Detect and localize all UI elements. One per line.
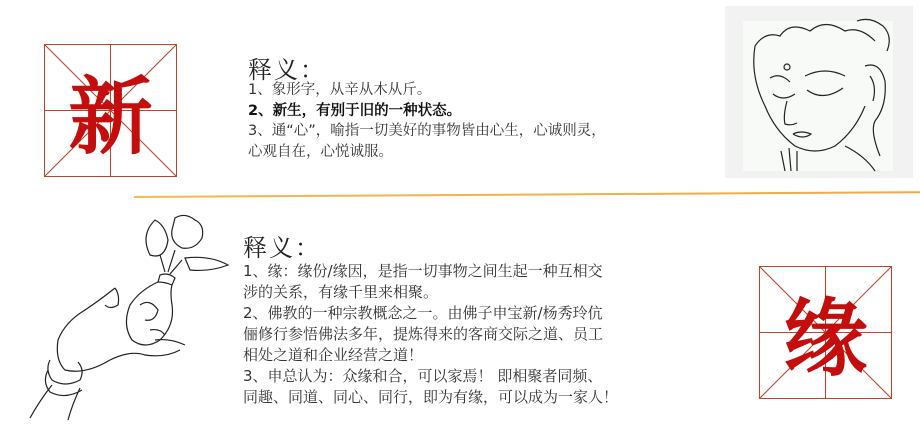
character-grid-yuan: 缘 bbox=[759, 266, 892, 399]
hand-lotus-icon bbox=[10, 210, 230, 420]
paragraph-new-meaning: 1、象形字，从辛从木从斤。 2、新生，有别于旧的一种状态。 3、通“心”，喻指一… bbox=[248, 80, 606, 162]
text-line: 3、申总认为：众缘和合，可以家焉！ 即相聚者同频、 bbox=[243, 366, 618, 387]
paragraph-yuan-meaning: 1、缘：缘份/缘因，是指一切事物之间生起一种互相交 涉的关系，有缘千里来相聚。 … bbox=[243, 261, 618, 408]
text-line: 1、缘：缘份/缘因，是指一切事物之间生起一种互相交 bbox=[243, 261, 618, 282]
heading-yuan-meaning: 释义： bbox=[243, 228, 321, 263]
text-line: 3、通“心”，喻指一切美好的事物皆由心生，心诚则灵， bbox=[248, 121, 606, 142]
character-new: 新 bbox=[45, 45, 176, 176]
buddha-face-icon bbox=[725, 6, 913, 178]
text-line: 俪修行参悟佛法多年，提炼得来的客商交际之道、员工 bbox=[243, 324, 618, 345]
hand-lotus-illustration bbox=[10, 210, 230, 420]
text-line: 同趣、同道、同心、同行，即为有缘，可以成为一家人！ bbox=[243, 387, 618, 408]
text-line: 1、象形字，从辛从木从斤。 bbox=[248, 80, 606, 101]
character-yuan: 缘 bbox=[760, 267, 891, 398]
character-grid-new: 新 bbox=[44, 44, 177, 177]
text-line: 2、佛教的一种宗教概念之一。由佛子申宝新/杨秀玲伉 bbox=[243, 303, 618, 324]
text-line: 涉的关系，有缘千里来相聚。 bbox=[243, 282, 618, 303]
text-line: 心观自在，心悦诚服。 bbox=[248, 142, 606, 163]
text-line: 2、新生，有别于旧的一种状态。 bbox=[248, 101, 606, 122]
text-line: 相处之道和企业经营之道！ bbox=[243, 345, 618, 366]
buddha-illustration bbox=[725, 6, 913, 178]
section-divider bbox=[134, 191, 920, 198]
